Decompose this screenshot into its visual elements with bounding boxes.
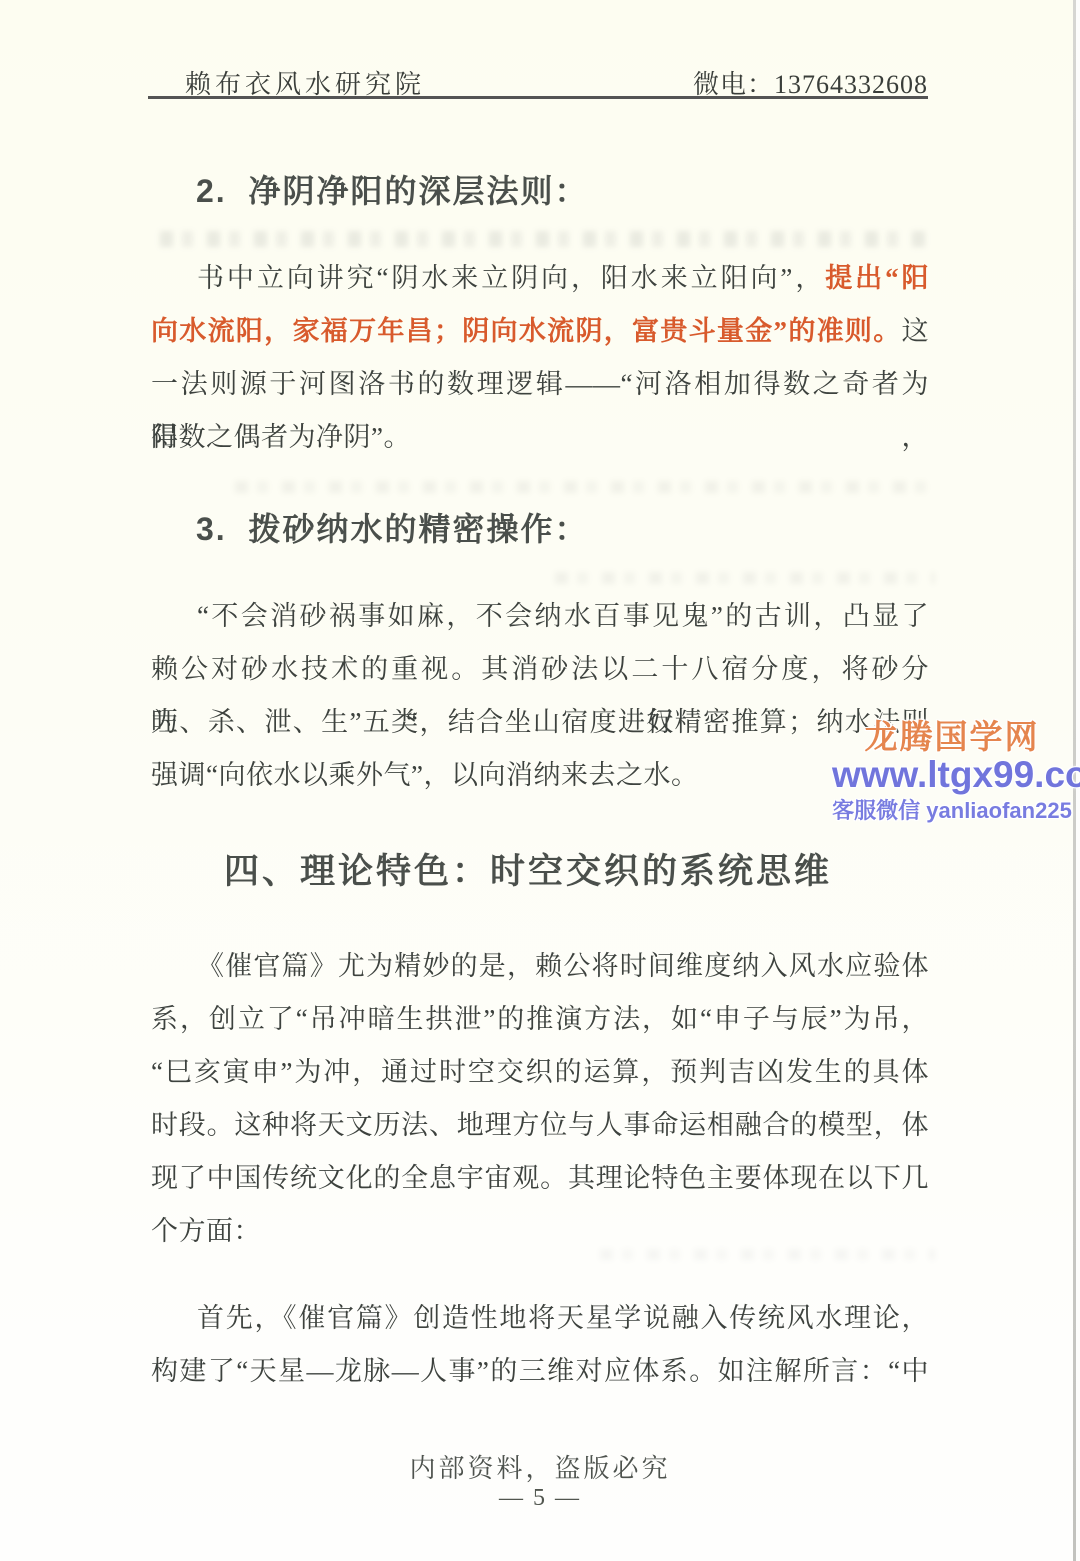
paragraph-line: 一法则源于河图洛书的数理逻辑——“河洛相加得数之奇者为阳， [151,358,929,411]
paragraph-line: “巳亥寅申”为冲，通过时空交织的运算，预判吉凶发生的具体 [151,1046,929,1099]
paragraph-line: 向水流阳，家福万年昌；阴向水流阴，富贵斗量金”的准则。这 [151,305,929,358]
paragraph-4: 首先，《催官篇》创造性地将天星学说融入传统风水理论， 构建了“天星—龙脉—人事”… [151,1292,929,1398]
watermark-site-name: 龙腾国学网 [832,719,1072,755]
paragraph-line: 赖公对砂水技术的重视。其消砂法以二十八宿分度，将砂分为“奴、 [151,643,929,696]
paragraph-line: 书中立向讲究“阴水来立阴向，阳水来立阳向”，提出“阳 [151,252,929,305]
section-heading-2: 2. 净阴净阳的深层法则： [196,166,588,212]
paragraph-line: 首先，《催官篇》创造性地将天星学说融入传统风水理论， [151,1292,929,1345]
site-watermark: 龙腾国学网 www.ltgx99.com 客服微信 yanliaofan225 [832,719,1072,824]
section-heading-4: 四、理论特色：时空交织的系统思维 [224,844,832,894]
header-rule [148,96,928,99]
bleedthrough-smudge [555,572,935,584]
paragraph-2: “不会消砂祸事如麻，不会纳水百事见鬼”的古训，凸显了 赖公对砂水技术的重视。其消… [151,590,929,802]
accent-text-run: 向水流阳，家福万年昌；阴向水流阴，富贵斗量金”的准则。 [151,316,902,346]
paragraph-line: 现了中国传统文化的全息宇宙观。其理论特色主要体现在以下几 [151,1152,929,1205]
paragraph-line: “不会消砂祸事如麻，不会纳水百事见鬼”的古训，凸显了 [151,590,929,643]
paragraph-line: 个方面： [151,1205,929,1258]
bleedthrough-smudge [160,231,930,247]
document-page: 赖布衣风水研究院 微电：13764332608 2. 净阴净阳的深层法则： 书中… [0,0,1080,1561]
footer-notice: 内部资料，盗版必究 [0,1448,1080,1485]
section-heading-3: 3. 拨砂纳水的精密操作： [196,504,588,550]
accent-text-run: 提出“阳 [825,263,929,293]
paragraph-3: 《催官篇》尤为精妙的是，赖公将时间维度纳入风水应验体 系，创立了“吊冲暗生拱泄”… [151,940,929,1258]
paragraph-1: 书中立向讲究“阴水来立阴向，阳水来立阳向”，提出“阳 向水流阳，家福万年昌；阴向… [151,252,929,464]
footer-page-number: — 5 — [0,1485,1080,1512]
paragraph-line: 系，创立了“吊冲暗生拱泄”的推演方法，如“申子与辰”为吊， [151,993,929,1046]
paragraph-line: 强调“向依水以乘外气”，以向消纳来去之水。 [151,749,929,802]
paragraph-line: 时段。这种将天文历法、地理方位与人事命运相融合的模型，体 [151,1099,929,1152]
paragraph-line: 旺、杀、泄、生”五类，结合坐山宿度进行精密推算；纳水法则 [151,696,929,749]
watermark-wechat: 客服微信 yanliaofan225 [832,798,1072,824]
text-run: 这 [902,316,930,346]
watermark-url: www.ltgx99.com [832,755,1072,795]
bleedthrough-smudge [235,481,930,493]
paragraph-line: 《催官篇》尤为精妙的是，赖公将时间维度纳入风水应验体 [151,940,929,993]
text-run: 书中立向讲究“阴水来立阴向，阳水来立阳向”， [197,263,825,293]
paragraph-line: 构建了“天星—龙脉—人事”的三维对应体系。如注解所言：“中 [151,1345,929,1398]
